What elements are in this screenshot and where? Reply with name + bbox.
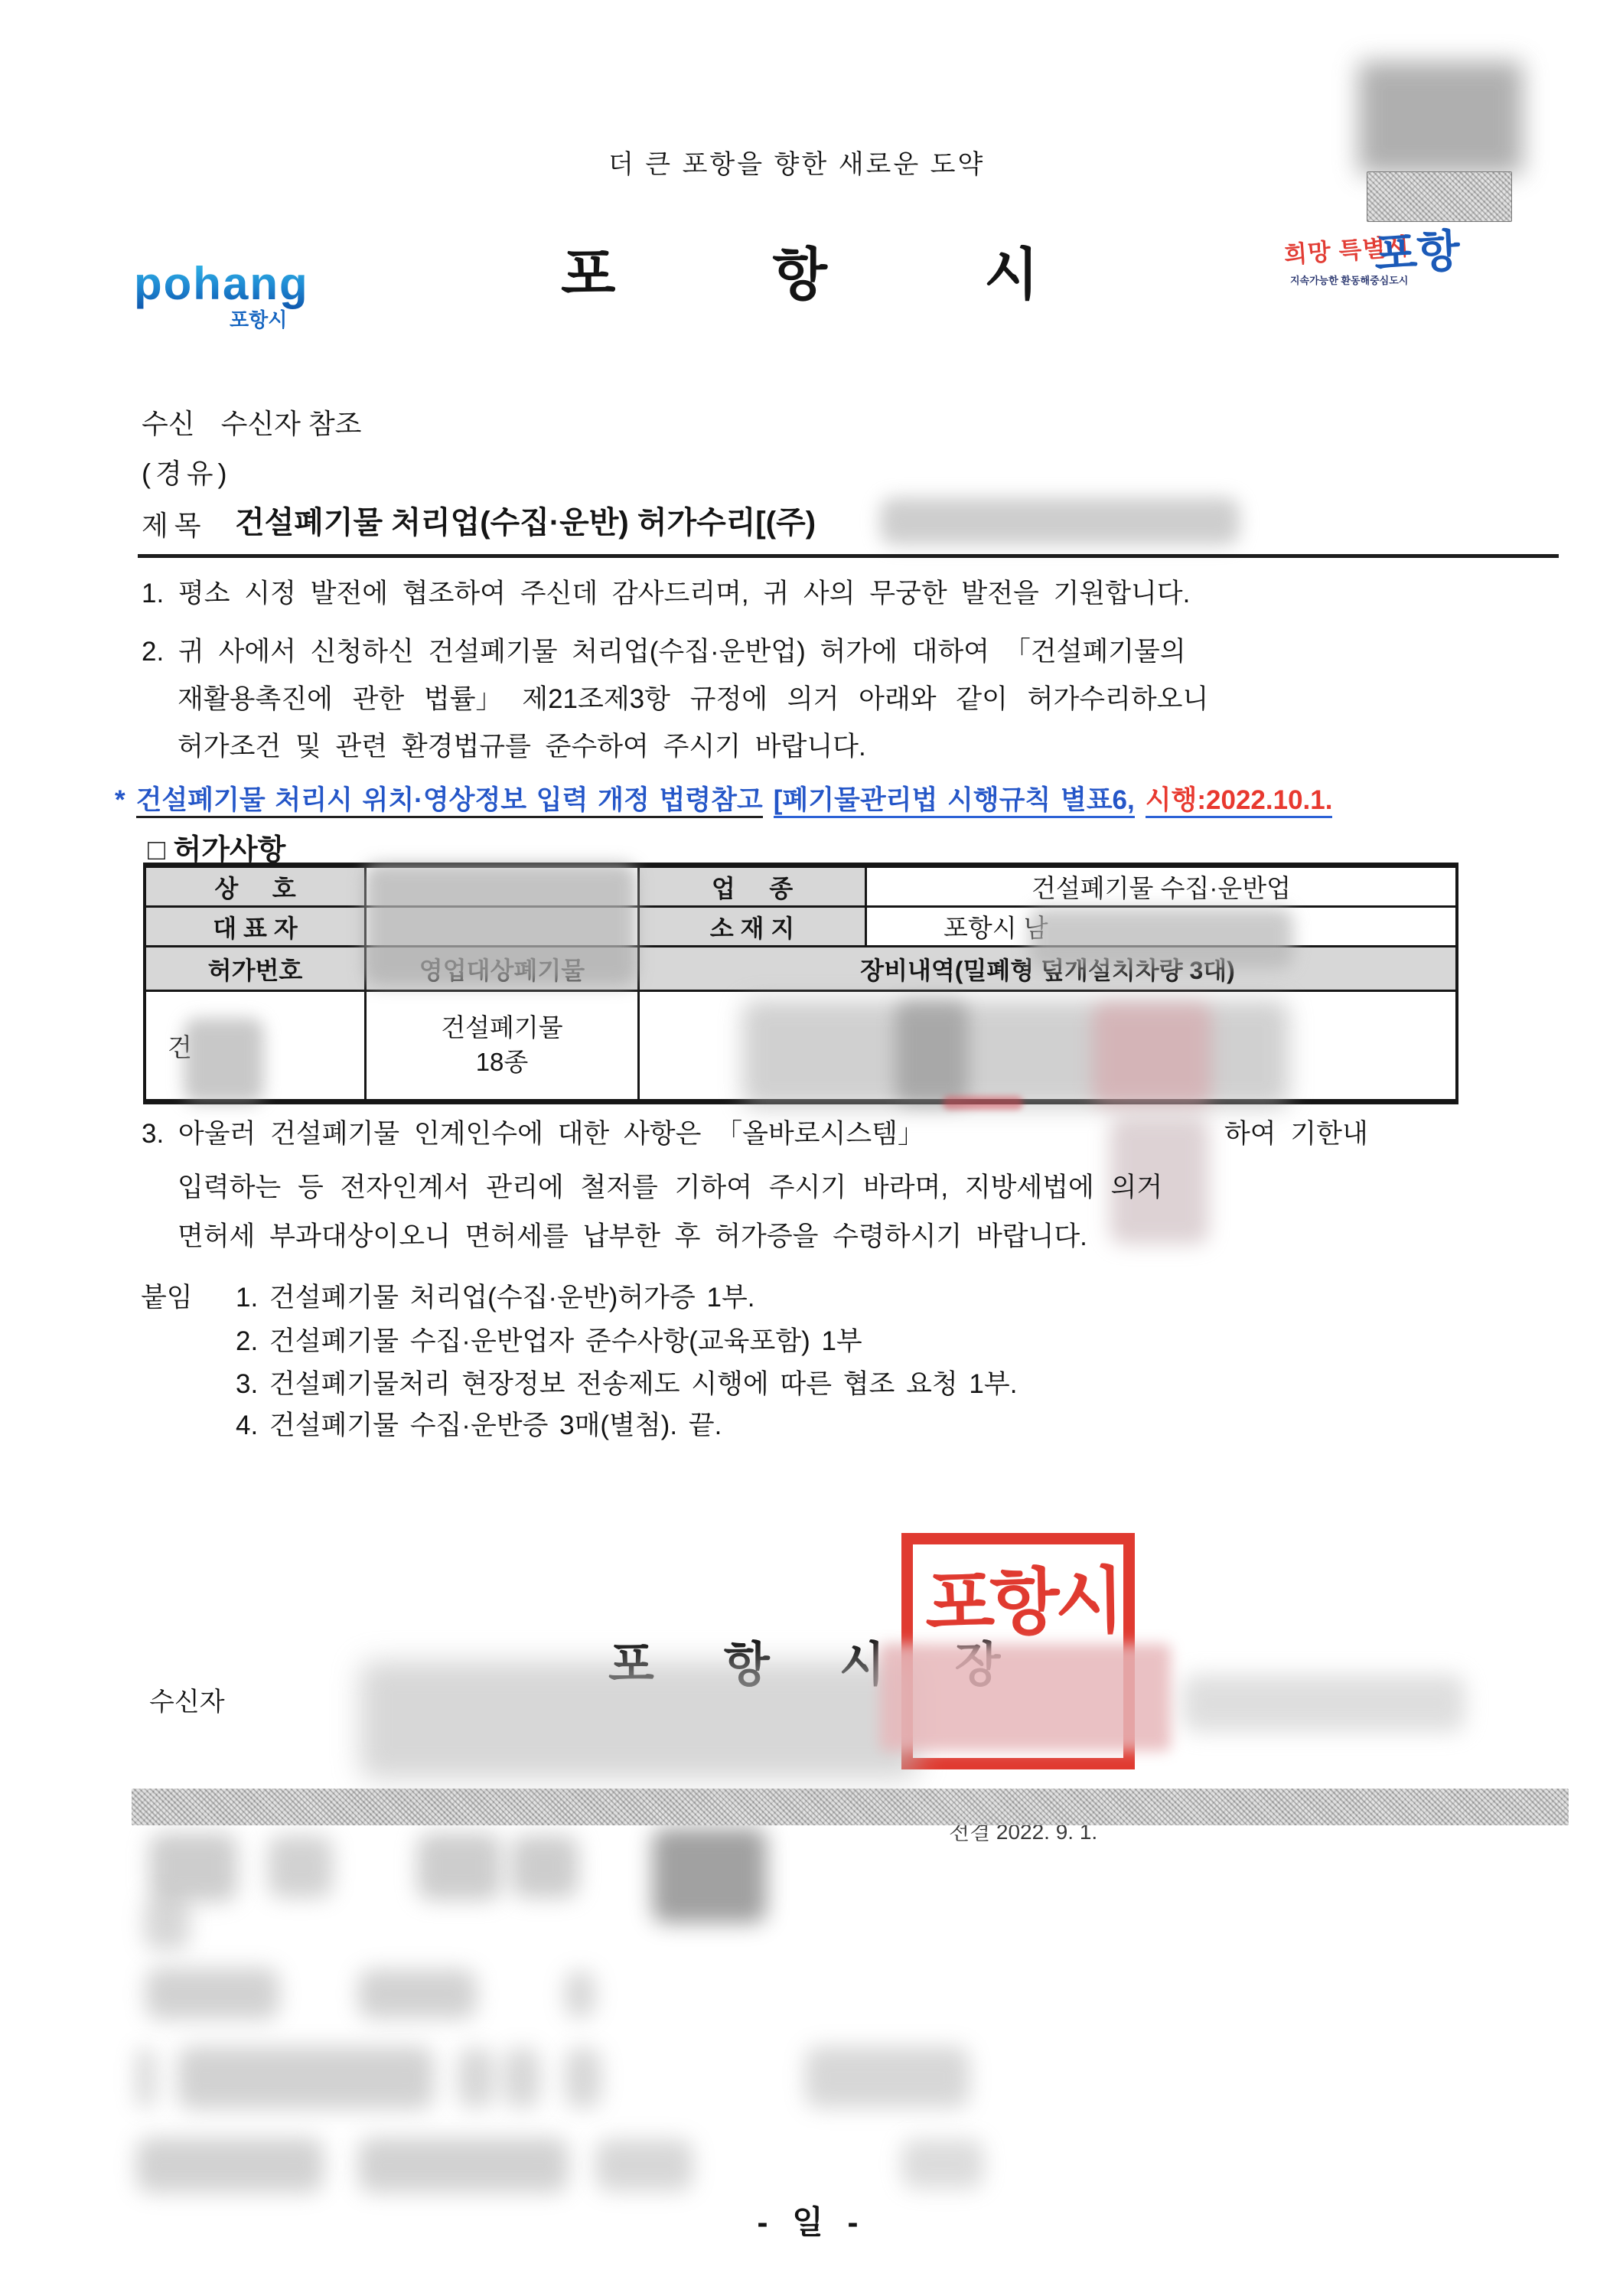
table-label-permit-no: 허가번호 xyxy=(146,947,367,992)
footer-redaction xyxy=(511,1835,578,1898)
recipient-redaction-right xyxy=(1182,1675,1465,1732)
footer-redaction xyxy=(358,1969,477,2019)
via-line: (경유) xyxy=(142,458,232,489)
body-paragraph-3-line-2: 입력하는 등 전자인계서 관리에 철저를 기하여 주시기 바라며, 지방세법에 … xyxy=(178,1172,1162,1203)
table-redaction-red-mark xyxy=(943,1096,1023,1110)
legal-note-line: * 건설폐기물 처리시 위치·영상정보 입력 개정 법령참고 [폐기물관리법 시… xyxy=(115,785,1332,818)
recipient-value: 수신자 참조 xyxy=(221,408,362,439)
subject-text: 건설폐기물 처리업(수집·운반) 허가수리[(주) xyxy=(235,505,816,540)
footer-redaction xyxy=(565,2048,601,2108)
hope-logo-caption: 지속가능한 환동해중심도시 xyxy=(1290,276,1408,287)
footer-redaction xyxy=(145,1968,279,2020)
scan-noise-band xyxy=(132,1789,1569,1825)
redacted-stamp-blur xyxy=(1358,61,1523,174)
stamp-noise-block xyxy=(1367,171,1512,222)
footer-redaction xyxy=(458,2048,494,2108)
attachments-label: 붙임 xyxy=(141,1283,193,1313)
attachment-item-4: 4. 건설폐기물 수집·운반증 3매(별첨). 끝. xyxy=(236,1411,722,1441)
footer-redaction xyxy=(417,1833,501,1900)
attachment-item-3: 3. 건설폐기물처리 현장정보 전송제도 시행에 따른 협조 요청 1부. xyxy=(236,1369,1017,1400)
footer-redaction xyxy=(268,1835,333,1898)
footer-redaction xyxy=(136,2138,324,2193)
subject-label: 제목 xyxy=(142,510,207,541)
body-paragraph-2-line-3: 허가조건 및 관련 환경법규를 준수하여 주시기 바랍니다. xyxy=(178,732,866,762)
table-label-ceo: 대 표 자 xyxy=(146,908,367,947)
footer-redaction xyxy=(652,1828,767,1923)
body-paragraph-3-line-1a: 3. 아울러 건설폐기물 인계인수에 대한 사항은 「올바로시스템」 xyxy=(142,1119,924,1150)
subject-divider xyxy=(138,554,1559,558)
body-paragraph-3-line-1b: 하여 기한내 xyxy=(1224,1119,1368,1150)
hope-logo-blue-text: 포항 xyxy=(1373,226,1461,281)
recipient-redaction-left xyxy=(360,1661,918,1779)
note-blue-segment-2: [폐기물관리법 시행규칙 별표6, xyxy=(774,785,1135,818)
table-value-biz-type: 건설폐기물 수집·운반업 xyxy=(867,868,1455,908)
document-title: 포항시 xyxy=(561,242,1195,307)
table-redaction-address xyxy=(1029,908,1293,969)
recipient-label: 수신 xyxy=(142,408,195,439)
body-paragraph-3-line-3: 면허세 부과대상이오니 면허세를 납부한 후 허가증을 수령하시기 바랍니다. xyxy=(178,1221,1087,1252)
pohang-logo-korean: 포항시 xyxy=(230,309,287,332)
footer-redaction xyxy=(358,2138,569,2193)
document-page: { "page": { "slogan": "더 큰 포항을 향한 새로운 도약… xyxy=(0,0,1623,2296)
footer-redaction xyxy=(149,1833,237,1902)
footer-redaction xyxy=(805,2047,970,2108)
attachment-item-2: 2. 건설폐기물 수집·운반업자 준수사항(교육포함) 1부 xyxy=(236,1326,862,1357)
table-redaction-equipment-pink xyxy=(1093,1003,1211,1106)
table-value-waste-line2: 18종 xyxy=(476,1045,529,1080)
footer-redaction xyxy=(595,2139,693,2191)
footer-redaction xyxy=(136,2048,155,2108)
pohang-logo-latin: pohang xyxy=(134,258,309,309)
official-stamp-text: 포항시 xyxy=(924,1560,1120,1646)
table-label-address: 소 재 지 xyxy=(640,908,867,947)
body-paragraph-2-line-1: 2. 귀 사에서 신청하신 건설폐기물 처리업(수집·운반업) 허가에 대하여 … xyxy=(142,637,1186,667)
recipient-redaction-pink xyxy=(880,1644,1171,1751)
footer-redaction xyxy=(178,2047,434,2109)
note-blue-segment-1: 건설폐기물 처리시 위치·영상정보 입력 개정 법령참고 xyxy=(136,785,763,818)
footer-redaction xyxy=(504,2048,540,2108)
table-label-company: 상 호 xyxy=(146,868,367,908)
footer-redaction xyxy=(565,1971,595,2018)
table-value-waste-line1: 건설폐기물 xyxy=(441,1011,562,1045)
recipient-line: 수신 수신자 참조 xyxy=(142,408,361,439)
note-red-date: 시행:2022.10.1. xyxy=(1146,785,1333,818)
table-redaction-company-ceo xyxy=(364,863,637,986)
body-paragraph-2-line-2: 재활용촉진에 관한 법률」 제21조제3항 규정에 의거 아래와 같이 허가수리… xyxy=(178,684,1208,715)
table-label-biz-type: 업 종 xyxy=(640,868,867,908)
footer-redaction xyxy=(901,2139,984,2189)
pohang-logo: pohang xyxy=(134,257,309,310)
subject-redaction xyxy=(880,497,1240,545)
page-number-label: - 일 - xyxy=(0,2204,1623,2241)
table-value-waste: 건설폐기물 18종 xyxy=(367,992,640,1099)
table-redaction-permit-no xyxy=(184,1018,264,1104)
bottom-recipient-label: 수신자 xyxy=(149,1688,225,1717)
note-star: * xyxy=(115,785,125,818)
footer-redaction xyxy=(144,1896,190,1950)
table-redaction-equipment-dark xyxy=(895,1000,968,1105)
attachment-item-1: 1. 건설폐기물 처리업(수집·운반)허가증 1부. xyxy=(236,1283,754,1313)
body-paragraph-1: 1. 평소 시정 발전에 협조하여 주신데 감사드리며, 귀 사의 무궁한 발전… xyxy=(142,579,1190,609)
city-slogan: 더 큰 포항을 향한 새로운 도약 xyxy=(608,150,985,180)
